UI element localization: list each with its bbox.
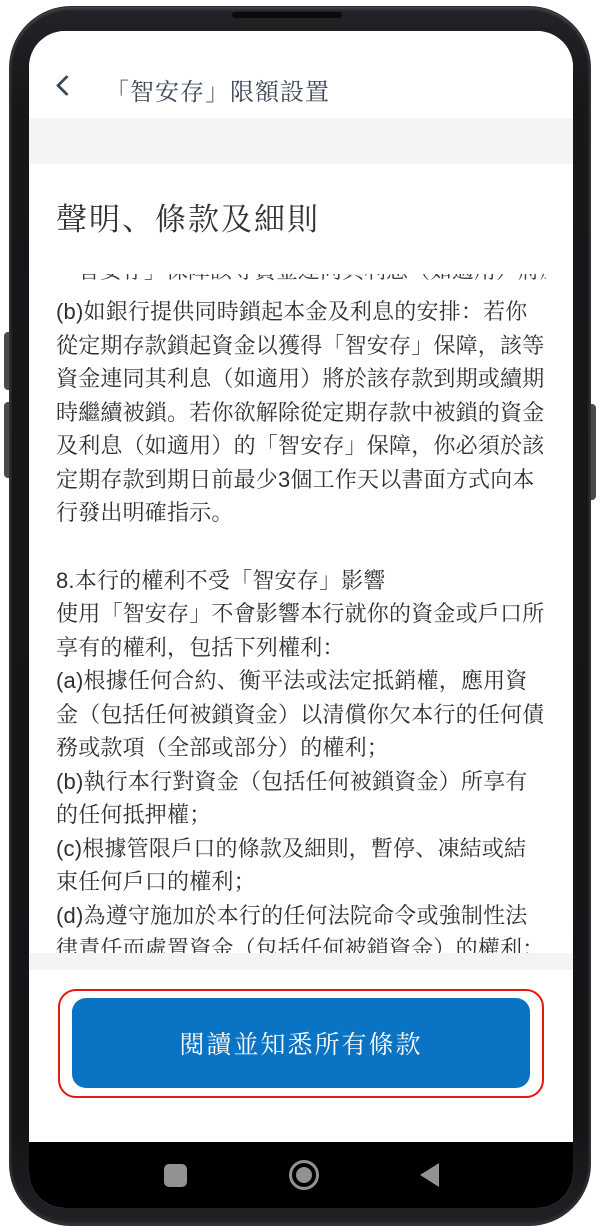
phone-screen: 「智安存」限額設置 聲明、條款及細則 「智安存」保障該等資金連同其利息（如適用）… — [29, 31, 573, 1208]
terms-paragraph: 使用「智安存」不會影響本行就你的資金或戶口所享有的權利，包括下列權利： — [56, 597, 546, 664]
phone-frame: 「智安存」限額設置 聲明、條款及細則 「智安存」保障該等資金連同其利息（如適用）… — [9, 6, 591, 1226]
terms-paragraph: (c)根據管限戶口的條款及細則，暫停、凍結或結束任何戶口的權利； — [56, 832, 546, 899]
android-nav-bar — [29, 1142, 573, 1208]
home-icon[interactable] — [289, 1160, 319, 1190]
terms-body: (b)如銀行提供同時鎖起本金及利息的安排：若你從定期存款鎖起資金以獲得「智安存」… — [56, 295, 546, 953]
terms-section-heading: 8.本行的權利不受「智安存」影響 — [56, 564, 546, 598]
app-header: 「智安存」限額設置 — [29, 31, 573, 118]
recents-icon[interactable] — [164, 1164, 187, 1187]
terms-paragraph: (b)如銀行提供同時鎖起本金及利息的安排：若你從定期存款鎖起資金以獲得「智安存」… — [56, 295, 546, 530]
screenshot-canvas: { "app_header": { "back_icon": "chevron-… — [0, 0, 600, 1232]
terms-title: 聲明、條款及細則 — [56, 200, 546, 240]
acknowledge-terms-button[interactable]: 閱讀並知悉所有條款 — [72, 998, 530, 1088]
clipped-scrolled-line: 「智安存」保障該等資金連同其利息（如適用）將於該存款到期 — [56, 274, 546, 287]
back-icon[interactable] — [56, 75, 77, 96]
content-divider — [29, 953, 573, 970]
terms-paragraph: (d)為遵守施加於本行的任何法院命令或強制性法律責任而處置資金（包括任何被鎖資金… — [56, 899, 546, 954]
terms-paragraph: (b)執行本行對資金（包括任何被鎖資金）所享有的任何抵押權； — [56, 765, 546, 832]
terms-card[interactable]: 聲明、條款及細則 「智安存」保障該等資金連同其利息（如適用）將於該存款到期 (b… — [29, 164, 573, 953]
android-back-icon[interactable] — [420, 1163, 439, 1187]
earpiece-speaker — [232, 12, 342, 18]
header-divider — [29, 118, 573, 164]
page-header-title: 「智安存」限額設置 — [105, 72, 330, 107]
terms-paragraph: (a)根據任何合約、衡平法或法定抵銷權，應用資金（包括任何被鎖資金）以清償你欠本… — [56, 664, 546, 765]
